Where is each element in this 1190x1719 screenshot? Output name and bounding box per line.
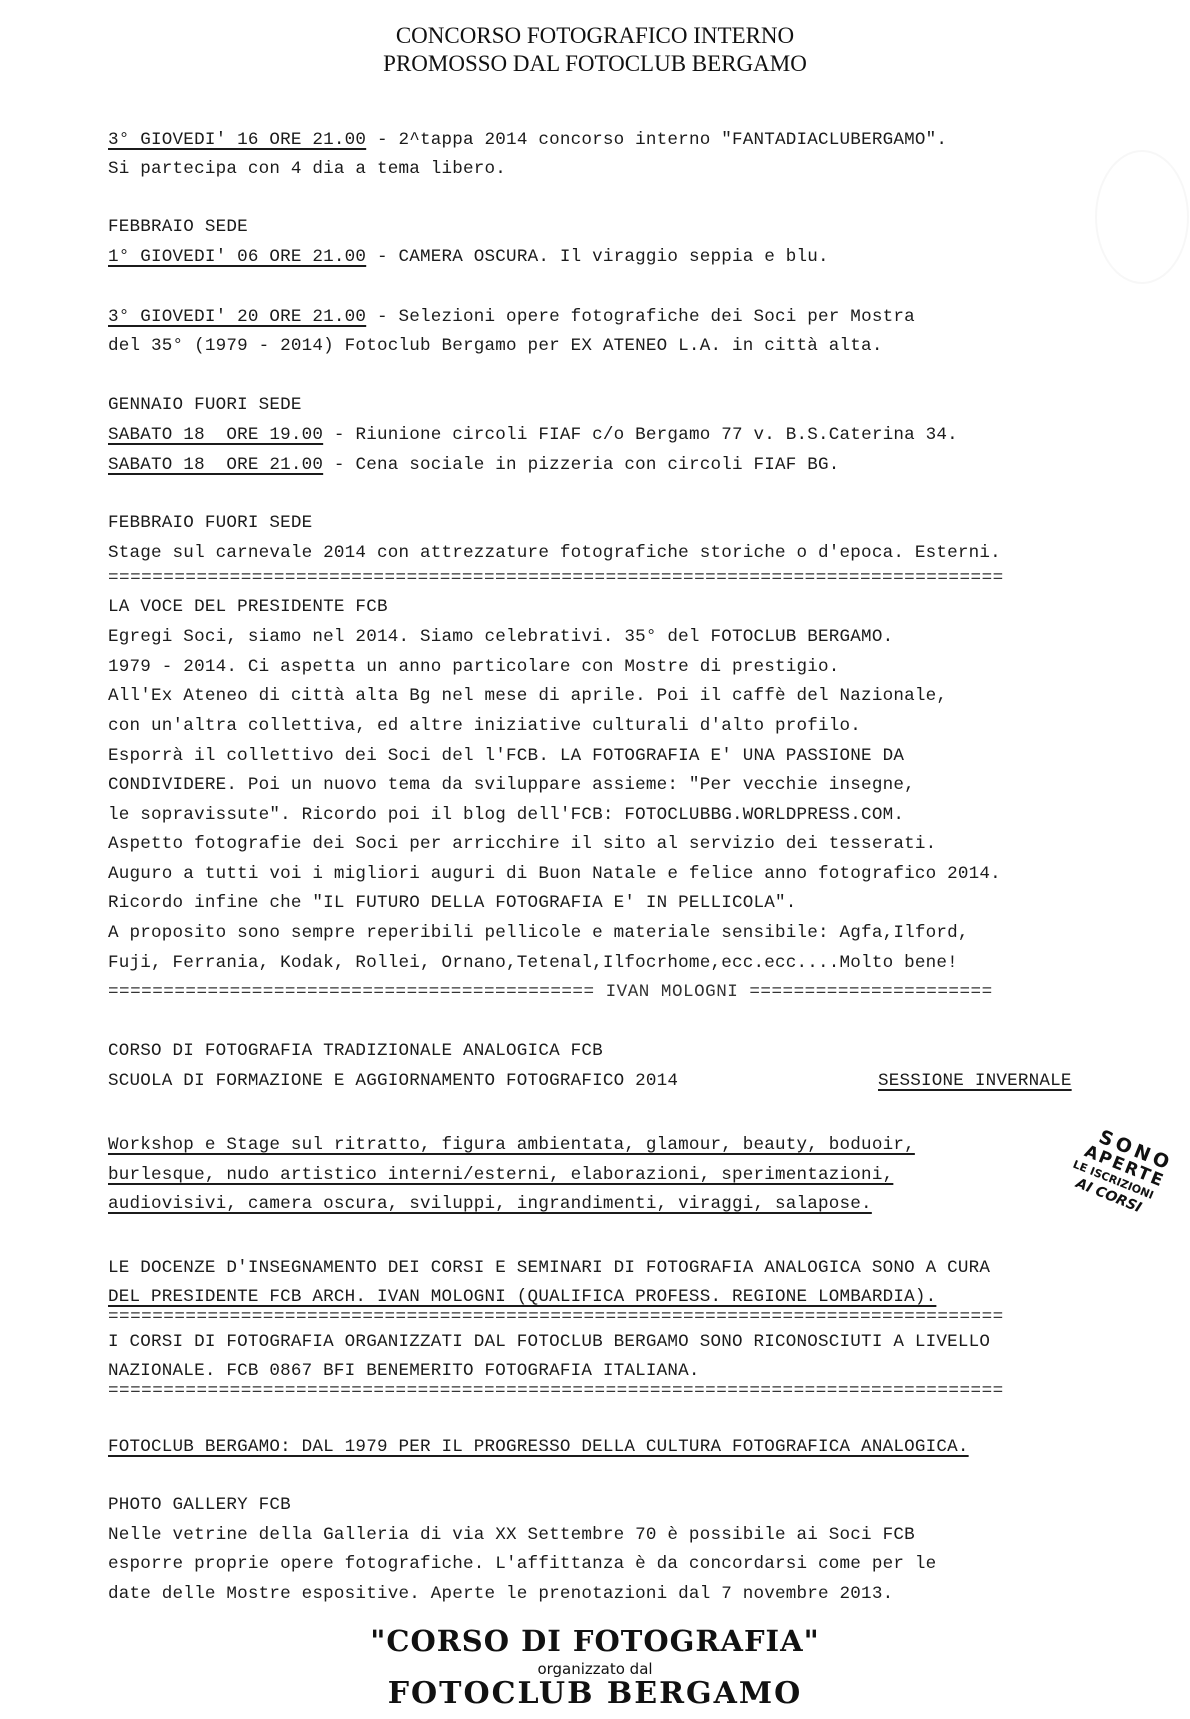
president-line: Esporrà il collettivo dei Soci del l'FCB… [108,741,904,771]
event-1-time: 3° GIOVEDI' 16 ORE 21.00 [108,130,366,150]
president-line: Aspetto fotografie dei Soci per arricchi… [108,829,936,859]
event-4-time: SABATO 18 ORE 19.00 [108,425,323,445]
event-2-text: - CAMERA OSCURA. Il viraggio seppia e bl… [366,247,829,267]
president-line: 1979 - 2014. Ci aspetta un anno particol… [108,652,840,682]
president-heading: LA VOCE DEL PRESIDENTE FCB [108,592,388,622]
president-line: CONDIVIDERE. Poi un nuovo tema da svilup… [108,770,915,800]
event-3-time: 3° GIOVEDI' 20 ORE 21.00 [108,307,366,327]
feb-sede-heading: FEBBRAIO SEDE [108,212,248,242]
president-line: Fuji, Ferrania, Kodak, Rollei, Ornano,Te… [108,948,958,978]
president-line: Ricordo infine che "IL FUTURO DELLA FOTO… [108,888,797,918]
president-line: con un'altra collettiva, ed altre inizia… [108,711,861,741]
gallery-line: Nelle vetrine della Galleria di via XX S… [108,1520,915,1550]
session-label: SESSIONE INVERNALE [878,1066,1072,1096]
gallery-line: date delle Mostre espositive. Aperte le … [108,1579,893,1609]
header-title-line1: CONCORSO FOTOGRAFICO INTERNO [0,22,1190,50]
workshop-line: Workshop e Stage sul ritratto, figura am… [108,1130,915,1160]
event-4-text: - Riunione circoli FIAF c/o Bergamo 77 v… [323,425,958,445]
event-4: SABATO 18 ORE 19.00 - Riunione circoli F… [108,420,958,450]
event-3: 3° GIOVEDI' 20 ORE 21.00 - Selezioni ope… [108,302,915,332]
event-5-text: - Cena sociale in pizzeria con circoli F… [323,455,839,475]
gallery-heading: PHOTO GALLERY FCB [108,1490,291,1520]
faint-seal-watermark [1095,150,1189,284]
motto: FOTOCLUB BERGAMO: DAL 1979 PER IL PROGRE… [108,1432,969,1462]
event-3-line2: del 35° (1979 - 2014) Fotoclub Bergamo p… [108,331,883,361]
president-line: A proposito sono sempre reperibili pelli… [108,918,969,948]
president-line: All'Ex Ateneo di città alta Bg nel mese … [108,681,947,711]
event-1-line2: Si partecipa con 4 dia a tema libero. [108,154,506,184]
event-5: SABATO 18 ORE 21.00 - Cena sociale in pi… [108,450,840,480]
workshop-line: audiovisivi, camera oscura, sviluppi, in… [108,1189,872,1219]
president-line: Egregi Soci, siamo nel 2014. Siamo celeb… [108,622,893,652]
president-line: Auguro a tutti voi i migliori auguri di … [108,859,1001,889]
workshop-line: burlesque, nudo artistico interni/estern… [108,1160,893,1190]
separator: ========================================… [108,1376,1004,1406]
recognized-line1: I CORSI DI FOTOGRAFIA ORGANIZZATI DAL FO… [108,1327,990,1357]
course-heading-2: SCUOLA DI FORMAZIONE E AGGIORNAMENTO FOT… [108,1066,678,1096]
separator: ========================================… [108,563,1004,593]
event-5-time: SABATO 18 ORE 21.00 [108,455,323,475]
event-2: 1° GIOVEDI' 06 ORE 21.00 - CAMERA OSCURA… [108,242,829,272]
event-1: 3° GIOVEDI' 16 ORE 21.00 - 2^tappa 2014 … [108,125,947,155]
president-line: le sopravissute". Ricordo poi il blog de… [108,800,904,830]
registrations-open-stamp: SONO APERTE LE ISCRIZIONI AI CORSI [1057,1121,1190,1246]
gen-fuori-heading: GENNAIO FUORI SEDE [108,390,302,420]
event-2-time: 1° GIOVEDI' 06 ORE 21.00 [108,247,366,267]
docenze-line1: LE DOCENZE D'INSEGNAMENTO DEI CORSI E SE… [108,1253,990,1283]
footer-course-title: "CORSO DI FOTOGRAFIA" [0,1624,1190,1658]
signature-line: ========================================… [108,977,993,1007]
course-heading-1: CORSO DI FOTOGRAFIA TRADIZIONALE ANALOGI… [108,1036,603,1066]
event-3-text: - Selezioni opere fotografiche dei Soci … [366,307,915,327]
header-title-line2: PROMOSSO DAL FOTOCLUB BERGAMO [0,50,1190,78]
gallery-line: esporre proprie opere fotografiche. L'af… [108,1549,936,1579]
feb-fuori-heading: FEBBRAIO FUORI SEDE [108,508,312,538]
document-page: CONCORSO FOTOGRAFICO INTERNO PROMOSSO DA… [0,0,1190,1719]
footer-club-name: FOTOCLUB BERGAMO [0,1676,1190,1711]
event-1-text: - 2^tappa 2014 concorso interno "FANTADI… [366,130,947,150]
